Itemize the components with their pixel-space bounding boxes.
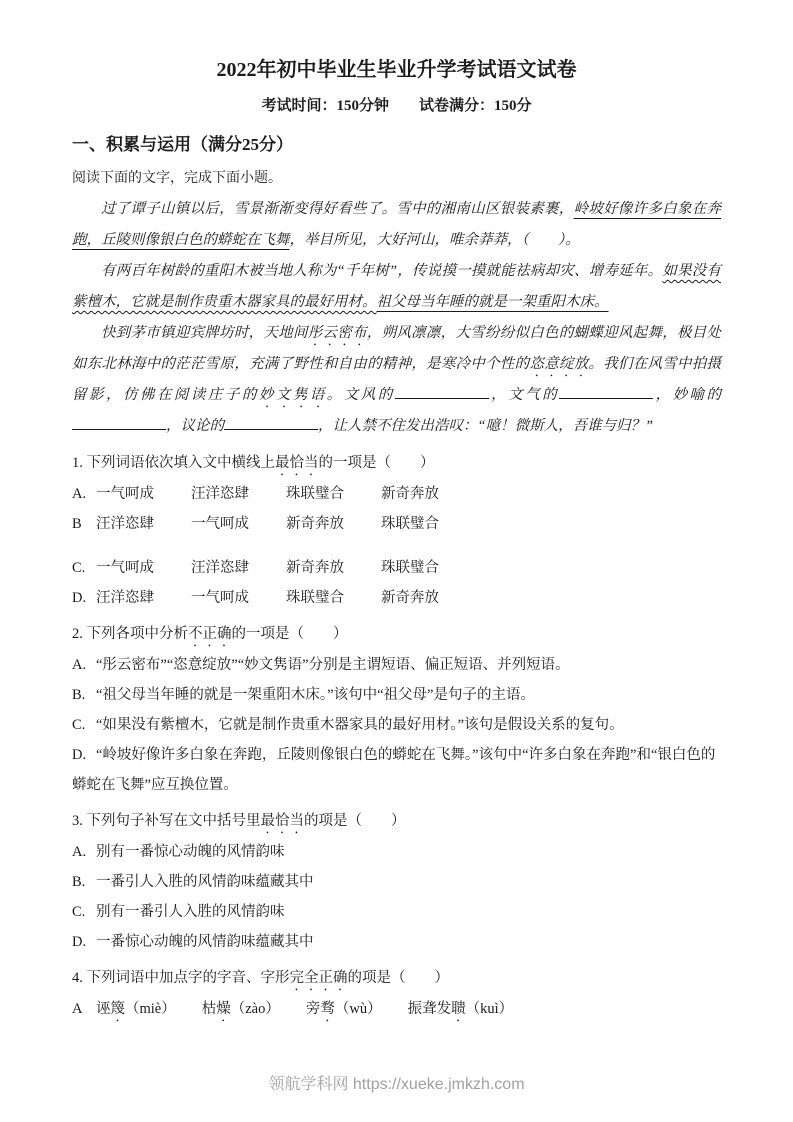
option-label: B.: [72, 867, 96, 897]
option-word: 一气呵成: [96, 479, 191, 509]
option-word: 新奇奔放: [286, 509, 381, 539]
answer-blank: [72, 416, 166, 430]
passage-text: 过了谭子山镇以后，雪景渐渐变得好看些了。雪中的湘南山区银装素裹，: [101, 201, 574, 217]
option-text: 别有一番引人入胜的风情韵味: [96, 904, 285, 920]
passage-paragraph-1: 过了谭子山镇以后，雪景渐渐变得好看些了。雪中的湘南山区银装素裹，岭坡好像许多白象…: [72, 194, 721, 256]
option-word: 珠联璧合: [381, 553, 476, 583]
passage-text: ，议论的: [166, 418, 224, 434]
option-word: 珠联璧合: [286, 583, 381, 613]
option-text: 别有一番惊心动魄的风情韵味: [96, 844, 285, 860]
option-text: “祖父母当年睡的就是一架重阳木床。”该句中“祖父母”是句子的主语。: [96, 687, 535, 703]
q4-option-a: A诬篾（miè）枯燥（zào）旁骛（wù）振聋发聩（kuì）: [72, 994, 721, 1025]
option-text: 一番惊心动魄的风情韵味蕴藏其中: [96, 934, 314, 950]
question-2-stem: 2. 下列各项中分析不正确的一项是（ ）: [72, 619, 721, 650]
passage-paragraph-3: 快到茅市镇迎宾牌坊时，天地间彤云密布，朔风凛凛，大雪纷纷似白色的蝴蝶迎风起舞，极…: [72, 318, 721, 442]
answer-blank: [224, 416, 318, 430]
option-word: 一气呵成: [191, 509, 286, 539]
q3-option-b: B.一番引人入胜的风情韵味蕴藏其中: [72, 867, 721, 897]
option-word: 汪洋恣肆: [191, 479, 286, 509]
option-label: D.: [72, 927, 96, 957]
watermark-footer: 领航学科网 https://xueke.jmkzh.com: [0, 1071, 793, 1094]
option-word: 新奇奔放: [286, 553, 381, 583]
pinyin-text: （kuì）: [466, 1001, 514, 1017]
option-text: “如果没有紫檀木，它就是制作贵重木器家具的最好用材。”该句是假设关系的复句。: [96, 717, 624, 733]
passage-text: 快到茅市镇迎宾牌坊时，天地间: [101, 325, 308, 341]
word-text: 诬: [96, 1001, 111, 1017]
stem-text: 的项是（ ）: [304, 813, 406, 829]
option-label: C.: [72, 710, 96, 740]
q1-option-c: C.一气呵成汪洋恣肆新奇奔放珠联璧合: [72, 553, 721, 583]
pinyin-text: （miè）: [125, 1001, 176, 1017]
question-1-stem: 1. 下列词语依次填入文中横线上最恰当的一项是（ ）: [72, 448, 721, 479]
q4-word-item: 诬篾（miè）: [96, 1001, 176, 1017]
emphasized-stem-phrase: 最恰当: [261, 813, 305, 829]
stem-text: 下列句子补写在文中括号里: [87, 813, 261, 829]
option-label: D.: [72, 740, 96, 770]
reading-passage: 过了谭子山镇以后，雪景渐渐变得好看些了。雪中的湘南山区银装素裹，岭坡好像许多白象…: [72, 194, 721, 442]
pinyin-text: （zào）: [231, 1001, 280, 1017]
passage-text: 。文风的: [327, 387, 395, 403]
dotted-character: 聩: [451, 1001, 466, 1017]
question-3-stem: 3. 下列句子补写在文中括号里最恰当的项是（ ）: [72, 806, 721, 837]
option-word: 汪洋恣肆: [96, 583, 191, 613]
q4-word-item: 枯燥（zào）: [202, 1001, 280, 1017]
stem-text: 的项是（ ）: [348, 970, 450, 986]
option-text: “彤云密布”“恣意绽放”“妙文隽语”分别是主谓短语、偏正短语、并列短语。: [96, 657, 570, 673]
question-number: 1.: [72, 455, 83, 471]
option-word: 珠联璧合: [381, 509, 476, 539]
stem-text: 的一项是（ ）: [319, 455, 435, 471]
word-text: 旁: [306, 1001, 321, 1017]
dotted-character: 骛: [320, 1001, 335, 1017]
option-text: “岭坡好像许多白象在奔跑，丘陵则像银白色的蟒蛇在飞舞。”该句中“许多白象在奔跑”…: [72, 747, 715, 793]
page-title: 2022年初中毕业生毕业升学考试语文试卷: [72, 56, 721, 84]
question-number: 4.: [72, 970, 83, 986]
option-word: 汪洋恣肆: [96, 509, 191, 539]
emphasized-stem-phrase: 不正确: [188, 626, 232, 642]
question-number: 3.: [72, 813, 83, 829]
option-label: A: [72, 994, 96, 1024]
option-word: 新奇奔放: [381, 479, 476, 509]
q4-word-item: 旁骛（wù）: [306, 1001, 382, 1017]
option-label: A.: [72, 479, 96, 509]
q2-option-a: A.“彤云密布”“恣意绽放”“妙文隽语”分别是主谓短语、偏正短语、并列短语。: [72, 650, 721, 680]
word-text: 振聋发: [408, 1001, 452, 1017]
exam-paper-page: 2022年初中毕业生毕业升学考试语文试卷 考试时间：150分钟 试卷满分：150…: [0, 0, 793, 1122]
dotted-character: 篾: [111, 1001, 126, 1017]
q1-option-d: D.汪洋恣肆一气呵成珠联璧合新奇奔放: [72, 583, 721, 613]
q2-option-d: D.“岭坡好像许多白象在奔跑，丘陵则像银白色的蟒蛇在飞舞。”该句中“许多白象在奔…: [72, 740, 721, 800]
passage-text: ，让人禁不住发出浩叹：“噫！微斯人，吾谁与归？”: [318, 418, 653, 434]
emphasized-phrase: 恣意绽放: [529, 356, 588, 372]
option-word: 汪洋恣肆: [191, 553, 286, 583]
q1-option-b: B汪洋恣肆一气呵成新奇奔放珠联璧合: [72, 509, 721, 539]
option-label: B: [72, 509, 96, 539]
stem-text: 下列词语依次填入文中横线上: [87, 455, 276, 471]
option-text: 一番引人入胜的风情韵味蕴藏其中: [96, 874, 314, 890]
section-heading: 一、积累与运用（满分25分）: [72, 132, 721, 158]
passage-text: ，妙喻的: [653, 387, 721, 403]
option-label: A.: [72, 837, 96, 867]
option-word: 一气呵成: [191, 583, 286, 613]
emphasized-stem-phrase: 完全正确: [290, 970, 348, 986]
q4-word-item: 振聋发聩（kuì）: [408, 1001, 514, 1017]
q3-option-c: C.别有一番引人入胜的风情韵味: [72, 897, 721, 927]
question-number: 2.: [72, 626, 83, 642]
passage-text: ，文气的: [489, 387, 559, 403]
page-content: 2022年初中毕业生毕业升学考试语文试卷 考试时间：150分钟 试卷满分：150…: [0, 0, 793, 1025]
passage-paragraph-2: 有两百年树龄的重阳木被当地人称为“千年树”，传说摸一摸就能祛病却灾、增寿延年。如…: [72, 256, 721, 318]
question-4-stem: 4. 下列词语中加点字的字音、字形完全正确的项是（ ）: [72, 963, 721, 994]
dotted-character: 燥: [216, 1001, 231, 1017]
q2-option-b: B.“祖父母当年睡的就是一架重阳木床。”该句中“祖父母”是句子的主语。: [72, 680, 721, 710]
passage-text: 有两百年树龄的重阳木被当地人称为“千年树”，传说摸一摸就能祛病却灾、增寿延年。: [101, 263, 662, 279]
q2-option-c: C.“如果没有紫檀木，它就是制作贵重木器家具的最好用材。”该句是假设关系的复句。: [72, 710, 721, 740]
emphasized-phrase: 彤云密布: [308, 325, 367, 341]
option-label: C.: [72, 897, 96, 927]
stem-text: 下列各项中分析: [87, 626, 189, 642]
underlined-segment: 祖父母当年睡的就是一架重阳木床。: [377, 294, 609, 310]
stem-text: 下列词语中加点字的字音、字形: [87, 970, 290, 986]
option-label: B.: [72, 680, 96, 710]
option-word: 珠联璧合: [286, 479, 381, 509]
q1-option-a: A.一气呵成汪洋恣肆珠联璧合新奇奔放: [72, 479, 721, 509]
answer-blank: [559, 385, 653, 399]
option-label: C.: [72, 553, 96, 583]
option-label: A.: [72, 650, 96, 680]
exam-time-and-score: 考试时间：150分钟 试卷满分：150分: [72, 94, 721, 118]
q3-option-a: A.别有一番惊心动魄的风情韵味: [72, 837, 721, 867]
q3-option-d: D.一番惊心动魄的风情韵味蕴藏其中: [72, 927, 721, 957]
option-label: D.: [72, 583, 96, 613]
passage-text: ，举目所见，大好河山，唯余莽莽，（ ）。: [290, 232, 580, 248]
option-word: 新奇奔放: [381, 583, 476, 613]
word-text: 枯: [202, 1001, 217, 1017]
option-word: 一气呵成: [96, 553, 191, 583]
passage-intro: 阅读下面的文字，完成下面小题。: [72, 164, 721, 194]
emphasized-stem-phrase: 最恰当: [275, 455, 319, 471]
pinyin-text: （wù）: [335, 1001, 382, 1017]
emphasized-phrase: 妙文隽语: [259, 387, 327, 403]
answer-blank: [395, 385, 489, 399]
stem-text: 的一项是（ ）: [232, 626, 348, 642]
